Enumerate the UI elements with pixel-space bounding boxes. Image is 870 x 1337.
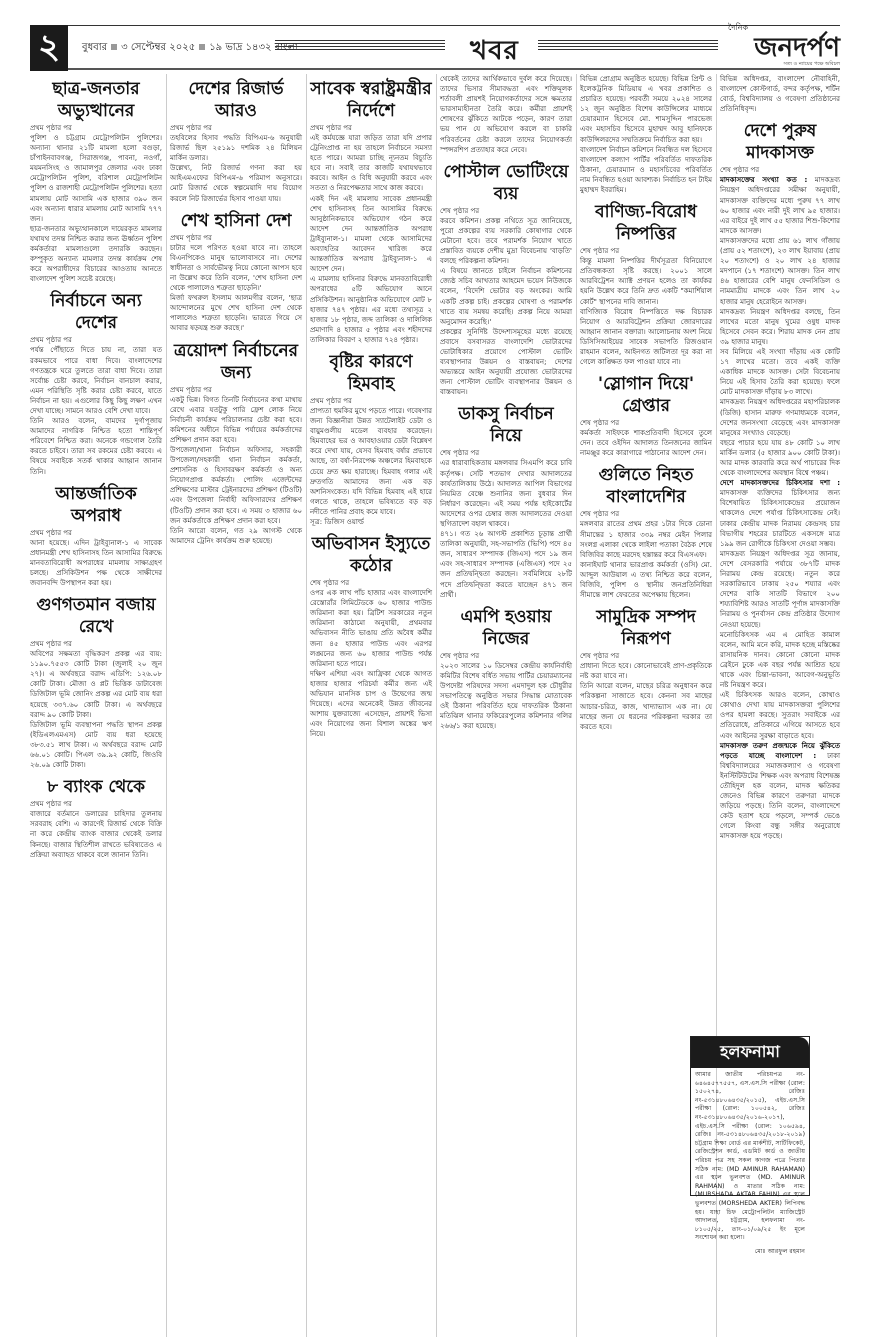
article-body: চাটার দলে পরিণত হওয়া যাবে না। তাহলে বিএ… [170,243,302,334]
article-body: কিন্তু মামলা নিষ্পত্তির দীর্ঘসূত্রতা বিন… [580,256,712,367]
article-body: প্রাপ্যতা হুমকির মুখে পড়তে পারে। গবেষণা… [310,406,432,527]
paragraph: এই চিকিৎসক আরও বলেন, কোথাও কোথাও দেখা যা… [720,690,840,740]
column-5: বিভিন্ন প্রোগ্রাম অনুষ্ঠিত হয়েছে। বিভিন… [580,74,712,738]
headline[interactable]: শেখ হাসিনা দেশ [170,210,302,232]
paragraph: একটু ভিন্ন। বিগত তিনটি নির্বাচনের কথা মা… [170,395,302,445]
decorative-rules [538,40,718,54]
continuation-label: প্রথম পৃষ্ঠার পর [310,396,432,406]
paragraph: মাদকদ্রব্য নিয়ন্ত্রণ অধিদপ্তর সূত্র জান… [720,549,840,630]
paragraph: করবে কমিশন। প্রকল্প নথিতে সূত্র জানিয়েছ… [440,216,572,266]
paragraph: এর ধারাবাহিকতায় মঙ্গলবার সিএমপি করে চাব… [440,458,572,529]
article-body: থেকেই তাদের আর্থিকভাবে দুর্বল করে দিয়েছ… [440,74,572,155]
continuation-label: প্রথম পৃষ্ঠার পর [30,123,162,133]
article-body: আনা হয়েছে। এদিন ট্রাইব্যুনাল-১ এ সাবেক … [30,538,162,588]
article-body: পর্যন্ত পৌঁছাতে দিতে চায় না, তারা যত রক… [30,345,162,476]
article-body: একটু ভিন্ন। বিগত তিনটি নির্বাচনের কথা মা… [170,395,302,546]
paragraph: তিনি আরো বলেন, গত ২৯ আগস্ট থেকে আমাদের ট… [170,526,302,546]
continuation-label: প্রথম পৃষ্ঠার পর [30,335,162,345]
paragraph: তিনি আরো বলেন, মাছের চরিত্র অনুধাবন করে … [580,681,712,731]
paragraph: বাজারে বর্তমানে ডলারের চাহিদার তুলনায় স… [30,809,162,859]
brand-name: জনদর্পণ [722,35,840,61]
paragraph: মাদকদ্রব্য নিয়ন্ত্রণ অধিদপ্তরের মহাপরিচ… [720,397,840,437]
article: আন্তর্জাতিক অপরাধপ্রথম পৃষ্ঠার পরআনা হয়… [30,483,162,588]
paragraph: প্রকল্পের সুনির্দিষ্ট উদ্দেশ্যসমূহের মধ্… [440,327,572,398]
column-1: ছাত্র-জনতার অভ্যুত্থানেরপ্রথম পৃষ্ঠার পর… [30,74,162,866]
paragraph: মির্জা ফখরুল ইসলাম আলমগীর বলেন, 'ছাত্র আ… [170,293,302,333]
separator-icon [111,44,117,50]
column-divider [166,74,167,1337]
column-divider [306,74,307,1337]
article: 'স্লোগান দিয়ে' গ্রেপ্তারশেষ পৃষ্ঠার পরক… [580,373,712,458]
continuation-label: প্রথম পৃষ্ঠার পর [30,528,162,538]
paragraph: তহবিলের হিসাব পদ্ধতি বিপিএম-৬ অনুযায়ী র… [170,133,302,163]
paragraph: দেশে মাদকাসক্তদের চিকিৎসার দশা : মাদকাসক… [720,478,840,549]
paragraph: কানাইঘাট থানার ভারপ্রাপ্ত কর্মকর্তা (ওসি… [580,560,712,600]
column-divider [436,74,437,1337]
headline[interactable]: 'স্লোগান দিয়ে' গ্রেপ্তার [580,373,712,417]
article: বাণিজ্য-বিরোধ নিষ্পত্তিরশেষ পৃষ্ঠার পরকি… [580,201,712,367]
article: দেশের রিজার্ভ আরওপ্রথম পৃষ্ঠার পরতহবিলের… [170,78,302,204]
article-body: এই কর্মযজ্ঞে যারা জড়িত তারা যদি প্রপার … [310,133,432,345]
paragraph: মঙ্গলবার রাতের প্রথম প্রহর ১টার দিকে ডোন… [580,519,712,559]
article-body: বিভিন্ন প্রোগ্রাম অনুষ্ঠিত হয়েছে। বিভিন… [580,74,712,195]
continuation-label: প্রথম পৃষ্ঠার পর [170,123,302,133]
decorative-rules [275,40,445,54]
article-body: তহবিলের হিসাব পদ্ধতি বিপিএম-৬ অনুযায়ী র… [170,133,302,204]
paragraph: থেকেই তাদের আর্থিকভাবে দুর্বল করে দিয়েছ… [440,74,572,155]
headline[interactable]: ৮ ব্যাংক থেকে [30,776,162,798]
headline[interactable]: গুলিতে নিহত বাংলাদেশির [580,464,712,508]
continuation-label: শেষ পৃষ্ঠার পর [580,651,712,661]
weekday: বুধবার [82,42,107,53]
paragraph: বিভিন্ন প্রোগ্রাম অনুষ্ঠিত হয়েছে। বিভিন… [580,74,712,145]
paragraph: এই কর্মযজ্ঞে যারা জড়িত তারা যদি প্রপার … [310,133,432,194]
paragraph: উপজেলা/থানা নির্বাচন অফিসার, সহকারী উপজে… [170,445,302,526]
notice-body: আমার জাতীয় পরিচয়পত্র নং- ৬৪৬৪৫৭৭৫৫৭, এ… [691,1068,809,1246]
headline[interactable]: সাবেক স্বরাষ্ট্রমন্ত্রীর নির্দেশে [310,78,432,122]
article: বৃষ্টির কারণে হিমবাহপ্রথম পৃষ্ঠার পরপ্রা… [310,351,432,527]
article-body: মঙ্গলবার রাতের প্রথম প্রহর ১টার দিকে ডোন… [580,519,712,600]
article-body: করবে কমিশন। প্রকল্প নথিতে সূত্র জানিয়েছ… [440,216,572,398]
paragraph: উল্লেখ্য, নিট রিজার্ভ গণনা করা হয় আইএমএ… [170,163,302,203]
headline[interactable]: এমপি হওয়ায় নিজের [440,606,572,650]
paragraph: সূত্র: ডিজিস ওয়ার্ল্ড [310,517,432,527]
headline[interactable]: গুণগতমান বজায় রেখে [30,594,162,638]
article-body: ওপর এক লাখ পাঁচ হাজার এবং বাংলাদেশি রেস্… [310,588,432,739]
continuation-label: প্রথম পৃষ্ঠার পর [170,233,302,243]
paragraph: কর্মকর্তা সাইফকে শাকপ্রতিবাদী হিসেবে তুল… [580,428,712,458]
notice-signature: মোঃ আরফুল রহমান [691,1246,809,1257]
separator-icon [199,44,205,50]
continuation-label: শেষ পৃষ্ঠার পর [580,418,712,428]
paragraph: মাদকাসক্তদের মধ্যে প্রায় ৬১ লাখ গাঁজায়… [720,236,840,307]
article: শেখ হাসিনা দেশপ্রথম পৃষ্ঠার পরচাটার দলে … [170,210,302,334]
article: বিভিন্ন অধিদপ্তর, বাংলাদেশ নৌবাহিনী, বাং… [720,74,840,114]
headline[interactable]: বৃষ্টির কারণে হিমবাহ [310,351,432,395]
dateline: বুধবার৩ সেপ্টেম্বর ২০২৫১৯ ভাদ্র ১৪৩২ বাং… [82,40,298,57]
paragraph: ৪৭১। গত ২৬ আগস্ট প্রকাশিত চূড়ান্ত প্রার… [440,529,572,600]
newspaper-logo: দৈনিক জনদর্পণ সত্য ও ন্যায়ের পক্ষে অবিচ… [722,22,840,69]
continuation-label: প্রথম পৃষ্ঠার পর [310,123,432,133]
paragraph: একই দিন এই মামলায় সাবেক প্রধানমন্ত্রী শ… [310,194,432,275]
paragraph: সব মিলিয়ে এই সংখ্যা দাঁড়ায় এক কোটি ১৭… [720,347,840,397]
paragraph: চাটার দলে পরিণত হওয়া যাবে না। তাহলে বিএ… [170,243,302,293]
paragraph: আনা হয়েছে। এদিন ট্রাইব্যুনাল-১ এ সাবেক … [30,538,162,588]
gregorian-date: ৩ সেপ্টেম্বর ২০২৫ [121,42,195,53]
paragraph: ওপর এক লাখ পাঁচ হাজার এবং বাংলাদেশি রেস্… [310,588,432,669]
paragraph: তিনি আরও বলেন, বামদের দুর্গাপূজায় আমাদে… [30,416,162,477]
paragraph: বিভিন্ন অধিদপ্তর, বাংলাদেশ নৌবাহিনী, বাং… [720,74,840,114]
headline[interactable]: ত্রয়োদশ নির্বাচনের জন্য [170,340,302,384]
article: নির্বাচনে অন্য দেশেরপ্রথম পৃষ্ঠার পরপর্য… [30,290,162,476]
column-2: দেশের রিজার্ভ আরওপ্রথম পৃষ্ঠার পরতহবিলের… [170,74,302,552]
continuation-label: প্রথম পৃষ্ঠার পর [30,799,162,809]
paragraph: প্রাধান্য দিতে হবে। কোনোভাবেই প্রাণ-প্রক… [580,661,712,681]
continuation-label: প্রথম পৃষ্ঠার পর [30,639,162,649]
article: দেশে পুরুষ মাদকাসক্তশেষ পৃষ্ঠার পরমাদকাস… [720,120,840,841]
column-divider [576,74,577,1337]
paragraph: ডিজিটাল ভূমি ব্যবস্থাপনা পদ্ধতি স্থাপন প… [30,720,162,770]
article: পোস্টাল ভোটিংয়ে ব্যয়শেষ পৃষ্ঠার পরকরবে… [440,161,572,398]
continuation-label: শেষ পৃষ্ঠার পর [440,651,572,661]
article: ছাত্র-জনতার অভ্যুত্থানেরপ্রথম পৃষ্ঠার পর… [30,78,162,284]
headline[interactable]: দেশের রিজার্ভ আরও [170,78,302,122]
affidavit-notice: হলফনামা আমার জাতীয় পরিচয়পত্র নং- ৬৪৬৪৫… [690,1036,810,1196]
continuation-label: শেষ পৃষ্ঠার পর [440,448,572,458]
headline[interactable]: অভিবাসন ইস্যুতে কঠোর [310,533,432,577]
article-body: পুলিশ ও চট্টগ্রাম মেট্রোপলিটন পুলিশের। অ… [30,133,162,284]
page-number: ২ [30,25,68,71]
paragraph: পুলিশ ও চট্টগ্রাম মেট্রোপলিটন পুলিশের। অ… [30,133,162,224]
headline[interactable]: বাণিজ্য-বিরোধ নিষ্পত্তির [580,201,712,245]
paragraph: এ বিষয়ে জানতে চাইলে নির্বাচন কমিশনের জ্… [440,266,572,327]
article-body: এর ধারাবাহিকতায় মঙ্গলবার সিএমপি করে চাব… [440,458,572,599]
article: সামুদ্রিক সম্পদ নিরূপণশেষ পৃষ্ঠার পরপ্রা… [580,606,712,732]
article: ত্রয়োদশ নির্বাচনের জন্যপ্রথম পৃষ্ঠার পর… [170,340,302,546]
article-body: প্রাধান্য দিতে হবে। কোনোভাবেই প্রাণ-প্রক… [580,661,712,732]
continuation-label: শেষ পৃষ্ঠার পর [440,206,572,216]
article-body: কর্মকর্তা সাইফকে শাকপ্রতিবাদী হিসেবে তুল… [580,428,712,458]
notice-title: হলফনামা [691,1037,809,1068]
article: ৮ ব্যাংক থেকেপ্রথম পৃষ্ঠার পরবাজারে বর্ত… [30,776,162,859]
continuation-label: প্রথম পৃষ্ঠার পর [170,385,302,395]
paragraph: ২০২৩ সালের ১০ ডিসেম্বর কেন্দ্রীয় কার্যন… [440,661,572,732]
continuation-label: শেষ পৃষ্ঠার পর [720,165,840,175]
column-4: থেকেই তাদের আর্থিকভাবে দুর্বল করে দিয়েছ… [440,74,572,737]
headline[interactable]: নির্বাচনে অন্য দেশের [30,290,162,334]
article-body: বিভিন্ন অধিদপ্তর, বাংলাদেশ নৌবাহিনী, বাং… [720,74,840,114]
article: গুণগতমান বজায় রেখেপ্রথম পৃষ্ঠার পরঅবিপে… [30,594,162,770]
headline[interactable]: আন্তর্জাতিক অপরাধ [30,483,162,527]
paragraph: অবিপের সক্ষমতা বৃদ্ধিকরণ প্রকল্প এর ব্যয… [30,649,162,720]
headline[interactable]: পোস্টাল ভোটিংয়ে ব্যয় [440,161,572,205]
continuation-label: শেষ পৃষ্ঠার পর [310,578,432,588]
continuation-label: শেষ পৃষ্ঠার পর [580,509,712,519]
paragraph: এ মামলায় হাসিনার বিরুদ্ধে মানবতাবিরোধী … [310,274,432,345]
article: এমপি হওয়ায় নিজেরশেষ পৃষ্ঠার পর২০২৩ সাল… [440,606,572,732]
paragraph: প্রাপ্যতা হুমকির মুখে পড়তে পারে। গবেষণা… [310,406,432,517]
paragraph: মাদকদ্রব্য নিয়ন্ত্রণ অধিদপ্তর বলছে, তিন… [720,307,840,347]
paragraph: ছাত্র-জনতার অভ্যুত্থানকালে দায়েরকৃত মাম… [30,224,162,285]
paragraph: দক্ষিণ এশিয়া এবং আফ্রিকা থেকে আগত হাজার… [310,669,432,740]
headline[interactable]: সামুদ্রিক সম্পদ নিরূপণ [580,606,712,650]
headline[interactable]: দেশে পুরুষ মাদকাসক্ত [720,120,840,164]
paragraph: মাদকাসক্তের সংখ্যা কত : মাদকদ্রব্য নিয়ন… [720,175,840,236]
article-body: অবিপের সক্ষমতা বৃদ্ধিকরণ প্রকল্প এর ব্যয… [30,649,162,770]
paragraph: বাংলাদেশ নির্বাচন কমিশনে নিবন্ধিত দল হিস… [580,145,712,195]
continuation-label: শেষ পৃষ্ঠার পর [580,246,712,256]
paragraph: মাদকাসক্ত তরুণ প্রজন্মকে নিয়ে ঝুঁকিতে প… [720,741,840,842]
paragraph: বাণিজ্যিক বিরোধ নিষ্পত্তিতে দক্ষ বিচারক … [580,307,712,368]
paragraph: বছরে পাচার হয়ে যায় ৪৮ কোটি ১০ লাখ মার্… [720,438,840,478]
article: থেকেই তাদের আর্থিকভাবে দুর্বল করে দিয়েছ… [440,74,572,155]
paragraph: মনোচিকিৎসক এম এ মোহিত কামাল বলেন, আমি মন… [720,630,840,691]
column-6: বিভিন্ন অধিদপ্তর, বাংলাদেশ নৌবাহিনী, বাং… [720,74,840,848]
headline[interactable]: ডাকসু নির্বাচন নিয়ে [440,403,572,447]
column-3: সাবেক স্বরাষ্ট্রমন্ত্রীর নির্দেশেপ্রথম প… [310,74,432,746]
article: গুলিতে নিহত বাংলাদেশিরশেষ পৃষ্ঠার পরমঙ্গ… [580,464,712,600]
article: অভিবাসন ইস্যুতে কঠোরশেষ পৃষ্ঠার পরওপর এক… [310,533,432,739]
paragraph: পর্যন্ত পৌঁছাতে দিতে চায় না, তারা যত রক… [30,345,162,416]
headline[interactable]: ছাত্র-জনতার অভ্যুত্থানের [30,78,162,122]
section-title: খবর [470,30,519,74]
article: সাবেক স্বরাষ্ট্রমন্ত্রীর নির্দেশেপ্রথম প… [310,78,432,345]
paragraph: কিন্তু মামলা নিষ্পত্তির দীর্ঘসূত্রতা বিন… [580,256,712,306]
article-body: মাদকাসক্তের সংখ্যা কত : মাদকদ্রব্য নিয়ন… [720,175,840,841]
article: বিভিন্ন প্রোগ্রাম অনুষ্ঠিত হয়েছে। বিভিন… [580,74,712,195]
masthead: ২ বুধবার৩ সেপ্টেম্বর ২০২৫১৯ ভাদ্র ১৪৩২ ব… [30,25,840,70]
article: ডাকসু নির্বাচন নিয়েশেষ পৃষ্ঠার পরএর ধার… [440,403,572,599]
article-body: বাজারে বর্তমানে ডলারের চাহিদার তুলনায় স… [30,809,162,859]
article-body: ২০২৩ সালের ১০ ডিসেম্বর কেন্দ্রীয় কার্যন… [440,661,572,732]
